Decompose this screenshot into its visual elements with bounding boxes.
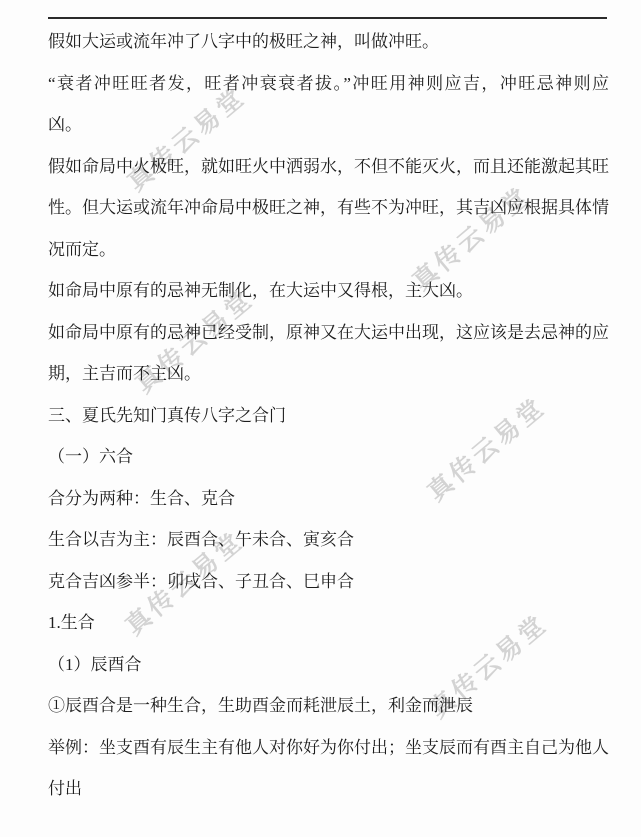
text-line: （一）六合 [48,436,609,478]
text-line: 假如大运或流年冲了八字中的极旺之神，叫做冲旺。 [48,21,609,63]
text-line: 况而定。 [48,229,609,271]
text-line: 克合吉凶参半：卯戌合、子丑合、巳申合 [48,561,609,603]
document-body: 假如大运或流年冲了八字中的极旺之神，叫做冲旺。“衰者冲旺旺者发，旺者冲衰衰者拔。… [48,21,609,810]
text-line: 合分为两种：生合、克合 [48,478,609,520]
header-divider [48,17,607,19]
text-line: 假如命局中火极旺，就如旺火中洒弱水，不但不能灭火，而且还能激起其旺 [48,146,609,188]
text-line: 如命局中原有的忌神无制化，在大运中又得根，主大凶。 [48,270,609,312]
text-line: （1）辰酉合 [48,644,609,686]
text-line: 凶。 [48,104,609,146]
document-page: 真传云易堂真传云易堂真传云易堂真传云易堂真传云易堂真传云易堂 假如大运或流年冲了… [0,0,641,837]
text-line: 期，主吉而不主凶。 [48,353,609,395]
text-line: 付出 [48,768,609,810]
text-line: 1.生合 [48,602,609,644]
text-line: 性。但大运或流年冲命局中极旺之神，有些不为冲旺，其吉凶应根据具体情 [48,187,609,229]
text-line: 如命局中原有的忌神已经受制，原神又在大运中出现，这应该是去忌神的应 [48,312,609,354]
text-line: 生合以吉为主：辰酉合、午未合、寅亥合 [48,519,609,561]
text-line: 三、夏氏先知门真传八字之合门 [48,395,609,437]
text-line: 举例：坐支酉有辰生主有他人对你好为你付出；坐支辰而有酉主自己为他人 [48,727,609,769]
text-line: “衰者冲旺旺者发，旺者冲衰衰者拔。”冲旺用神则应吉，冲旺忌神则应 [48,63,609,105]
text-line: ①辰酉合是一种生合，生助酉金而耗泄辰土，利金而泄辰 [48,685,609,727]
